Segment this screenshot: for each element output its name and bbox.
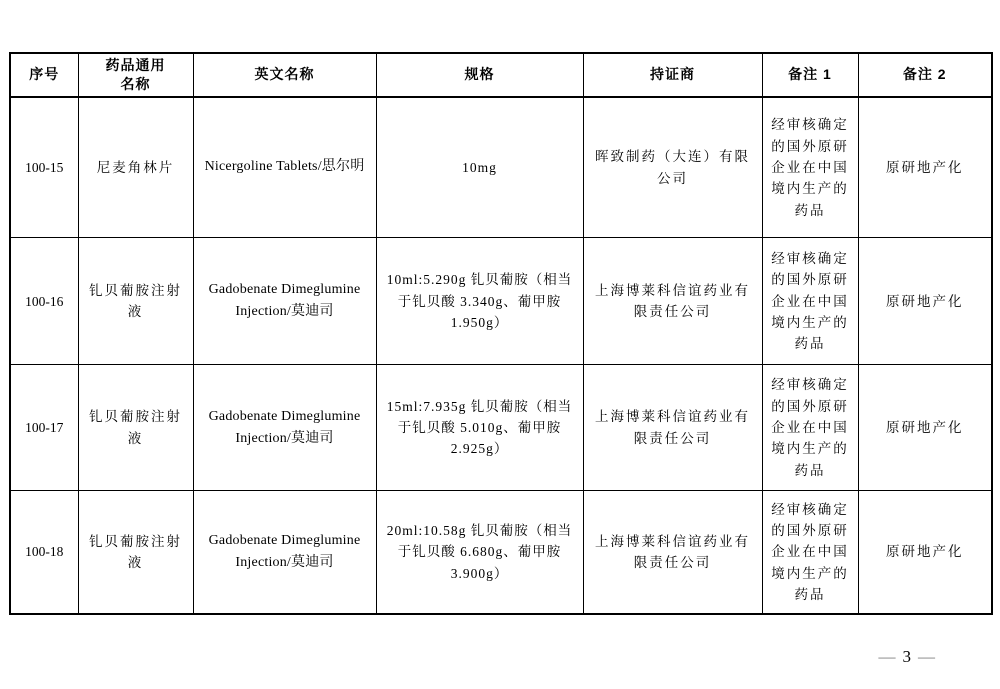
- cell-generic-name: 钆贝葡胺注射液: [78, 238, 193, 365]
- cell-license-holder: 上海博莱科信谊药业有限责任公司: [583, 491, 762, 614]
- page-number: —3—: [873, 647, 943, 667]
- cell-generic-name: 钆贝葡胺注射液: [78, 365, 193, 491]
- cell-english-name: Gadobenate Dimeglumine Injection/莫迪司: [193, 365, 376, 491]
- col-header-license-holder: 持证商: [583, 53, 762, 97]
- cell-serial-number: 100-17: [10, 365, 78, 491]
- cell-note2: 原研地产化: [858, 97, 992, 238]
- cell-note1: 经审核确定的国外原研企业在中国境内生产的药品: [762, 97, 858, 238]
- cell-note2: 原研地产化: [858, 238, 992, 365]
- cell-specification: 10mg: [376, 97, 583, 238]
- col-header-note2-label: 备注 2: [903, 66, 947, 82]
- cell-specification: 15ml:7.935g 钆贝葡胺（相当于钆贝酸 5.010g、葡甲胺 2.925…: [376, 365, 583, 491]
- cell-english-name: Gadobenate Dimeglumine Injection/莫迪司: [193, 238, 376, 365]
- table-header-row: 序号 药品通用名称 英文名称 规格 持证商 备注 1 备注 2: [10, 53, 992, 97]
- table-row: 100-16 钆贝葡胺注射液 Gadobenate Dimeglumine In…: [10, 238, 992, 365]
- table-row: 100-17 钆贝葡胺注射液 Gadobenate Dimeglumine In…: [10, 365, 992, 491]
- cell-note1: 经审核确定的国外原研企业在中国境内生产的药品: [762, 491, 858, 614]
- cell-generic-name: 尼麦角林片: [78, 97, 193, 238]
- cell-serial-number: 100-18: [10, 491, 78, 614]
- cell-note2: 原研地产化: [858, 491, 992, 614]
- cell-specification: 20ml:10.58g 钆贝葡胺（相当于钆贝酸 6.680g、葡甲胺 3.900…: [376, 491, 583, 614]
- col-header-english-name: 英文名称: [193, 53, 376, 97]
- cell-generic-name: 钆贝葡胺注射液: [78, 491, 193, 614]
- cell-license-holder: 上海博莱科信谊药业有限责任公司: [583, 365, 762, 491]
- table-row: 100-15 尼麦角林片 Nicergoline Tablets/思尔明 10m…: [10, 97, 992, 238]
- col-header-note1: 备注 1: [762, 53, 858, 97]
- document-page: 序号 药品通用名称 英文名称 规格 持证商 备注 1 备注 2 100-15 尼…: [0, 0, 1000, 689]
- table-row: 100-18 钆贝葡胺注射液 Gadobenate Dimeglumine In…: [10, 491, 992, 614]
- col-header-license-holder-label: 持证商: [650, 66, 695, 82]
- page-number-value: 3: [903, 647, 913, 666]
- cell-note1: 经审核确定的国外原研企业在中国境内生产的药品: [762, 365, 858, 491]
- cell-license-holder: 上海博莱科信谊药业有限责任公司: [583, 238, 762, 365]
- cell-note2: 原研地产化: [858, 365, 992, 491]
- cell-note1: 经审核确定的国外原研企业在中国境内生产的药品: [762, 238, 858, 365]
- col-header-generic-name: 药品通用名称: [78, 53, 193, 97]
- col-header-note1-label: 备注 1: [788, 66, 832, 82]
- col-header-serial: 序号: [10, 53, 78, 97]
- drug-list-table: 序号 药品通用名称 英文名称 规格 持证商 备注 1 备注 2 100-15 尼…: [9, 52, 993, 615]
- cell-english-name: Nicergoline Tablets/思尔明: [193, 97, 376, 238]
- col-header-specification-label: 规格: [465, 66, 495, 82]
- col-header-generic-name-label: 药品通用名称: [104, 56, 168, 94]
- cell-specification: 10ml:5.290g 钆贝葡胺（相当于钆贝酸 3.340g、葡甲胺 1.950…: [376, 238, 583, 365]
- col-header-note2: 备注 2: [858, 53, 992, 97]
- cell-serial-number: 100-16: [10, 238, 78, 365]
- cell-serial-number: 100-15: [10, 97, 78, 238]
- page-number-dash-right: —: [912, 647, 942, 666]
- cell-license-holder: 晖致制药（大连）有限公司: [583, 97, 762, 238]
- col-header-english-name-label: 英文名称: [255, 66, 315, 82]
- cell-english-name: Gadobenate Dimeglumine Injection/莫迪司: [193, 491, 376, 614]
- col-header-specification: 规格: [376, 53, 583, 97]
- page-number-dash-left: —: [873, 647, 903, 666]
- col-header-serial-label: 序号: [29, 66, 59, 82]
